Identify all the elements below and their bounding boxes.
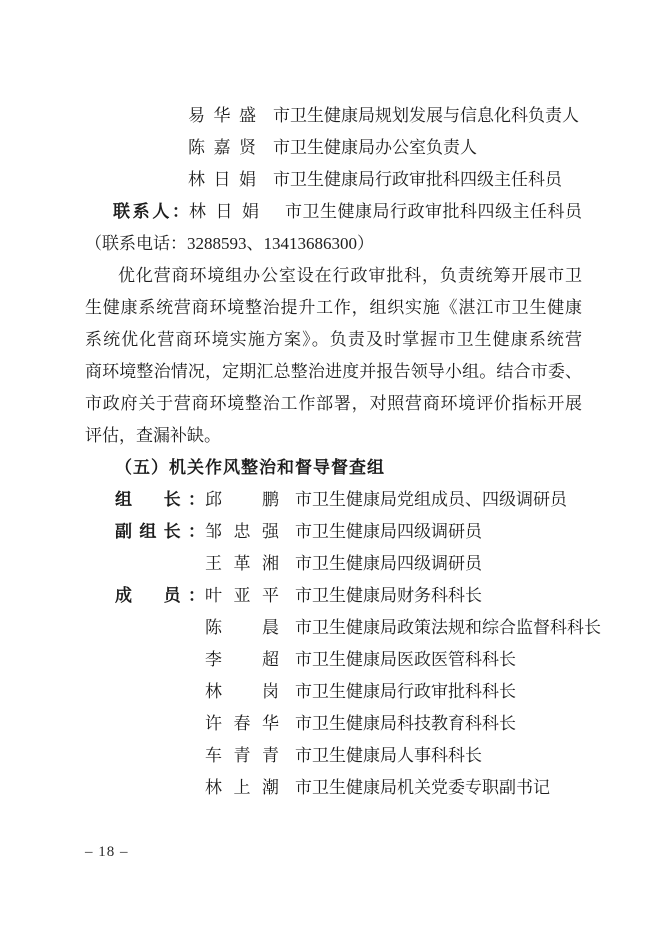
role-label [115,676,205,708]
member-title: 市卫生健康局办公室负责人 [273,132,477,164]
member-name: 林日娟 [188,164,256,196]
roster-row: 陈 晨 市卫生健康局政策法规和综合监督科科长 [85,612,582,644]
roster-row: 车青青 市卫生健康局人事科科长 [85,740,582,772]
role-label [115,612,205,644]
page-content: 易华盛 市卫生健康局规划发展与信息化科负责人 陈嘉贤 市卫生健康局办公室负责人 … [85,100,582,804]
paragraph-line: 优化营商环境组办公室设在行政审批科，负责统筹开展市卫 [85,260,582,292]
role-label [115,548,205,580]
roster-row: 林 岗 市卫生健康局行政审批科科长 [85,676,582,708]
member-name: 邹忠强 [205,516,279,548]
member-name: 叶亚平 [205,580,279,612]
page-number: – 18 – [85,844,129,861]
contact-row: 联系人： 林日娟 市卫生健康局行政审批科四级主任科员 [85,196,582,228]
contact-label: 联系人： [113,196,189,228]
member-title: 市卫生健康局党组成员、四级调研员 [295,484,567,516]
member-title: 市卫生健康局行政审批科科长 [295,676,516,708]
member-name: 车青青 [205,740,279,772]
paragraph-line: 生健康系统营商环境整治提升工作，组织实施《湛江市卫生健康 [85,292,582,324]
member-name: 许春华 [205,708,279,740]
roster-row: 成 员： 叶亚平 市卫生健康局财务科科长 [85,580,582,612]
role-label [115,740,205,772]
role-label: 成 员： [115,580,205,612]
paragraph-line: 商环境整治情况，定期汇总整治进度并报告领导小组。结合市委、 [85,356,582,388]
roster-row: 组 长： 邱 鹏 市卫生健康局党组成员、四级调研员 [85,484,582,516]
member-title: 市卫生健康局四级调研员 [295,548,482,580]
member-title: 市卫生健康局行政审批科四级主任科员 [273,164,562,196]
role-label [115,772,205,804]
member-title: 市卫生健康局规划发展与信息化科负责人 [273,100,579,132]
roster-row: 林上潮 市卫生健康局机关党委专职副书记 [85,772,582,804]
member-name: 陈嘉贤 [188,132,256,164]
paragraph-line: 市政府关于营商环境整治工作部署，对照营商环境评价指标开展 [85,388,582,420]
roster-row: 许春华 市卫生健康局科技教育科科长 [85,708,582,740]
contact-phone: （联系电话：3288593、13413686300） [85,228,582,260]
member-title: 市卫生健康局科技教育科科长 [295,708,516,740]
role-label: 副组长： [115,516,205,548]
member-title: 市卫生健康局政策法规和综合监督科科长 [295,612,601,644]
document-page: 易华盛 市卫生健康局规划发展与信息化科负责人 陈嘉贤 市卫生健康局办公室负责人 … [0,0,667,935]
section-heading: （五）机关作风整治和督导督查组 [85,452,582,484]
role-label: 组 长： [115,484,205,516]
member-name: 王革湘 [205,548,279,580]
member-title: 市卫生健康局财务科科长 [295,580,482,612]
member-name: 易华盛 [188,100,256,132]
role-label [115,708,205,740]
member-title: 市卫生健康局机关党委专职副书记 [295,772,550,804]
roster-row: 李 超 市卫生健康局医政医管科科长 [85,644,582,676]
member-title: 市卫生健康局四级调研员 [295,516,482,548]
member-name: 林 岗 [205,676,279,708]
paragraph-line: 系统优化营商环境实施方案》。负责及时掌握市卫生健康系统营 [85,324,582,356]
role-label [115,644,205,676]
member-row: 陈嘉贤 市卫生健康局办公室负责人 [85,132,582,164]
member-name: 李 超 [205,644,279,676]
member-title: 市卫生健康局医政医管科科长 [295,644,516,676]
paragraph-line: 评估，查漏补缺。 [85,420,582,452]
contact-name: 林日娟 [189,196,259,228]
member-row: 易华盛 市卫生健康局规划发展与信息化科负责人 [85,100,582,132]
contact-title: 市卫生健康局行政审批科四级主任科员 [285,196,582,228]
member-name: 邱 鹏 [205,484,279,516]
roster-row: 副组长： 邹忠强 市卫生健康局四级调研员 [85,516,582,548]
member-title: 市卫生健康局人事科科长 [295,740,482,772]
member-row: 林日娟 市卫生健康局行政审批科四级主任科员 [85,164,582,196]
roster-row: 王革湘 市卫生健康局四级调研员 [85,548,582,580]
member-name: 林上潮 [205,772,279,804]
member-name: 陈 晨 [205,612,279,644]
